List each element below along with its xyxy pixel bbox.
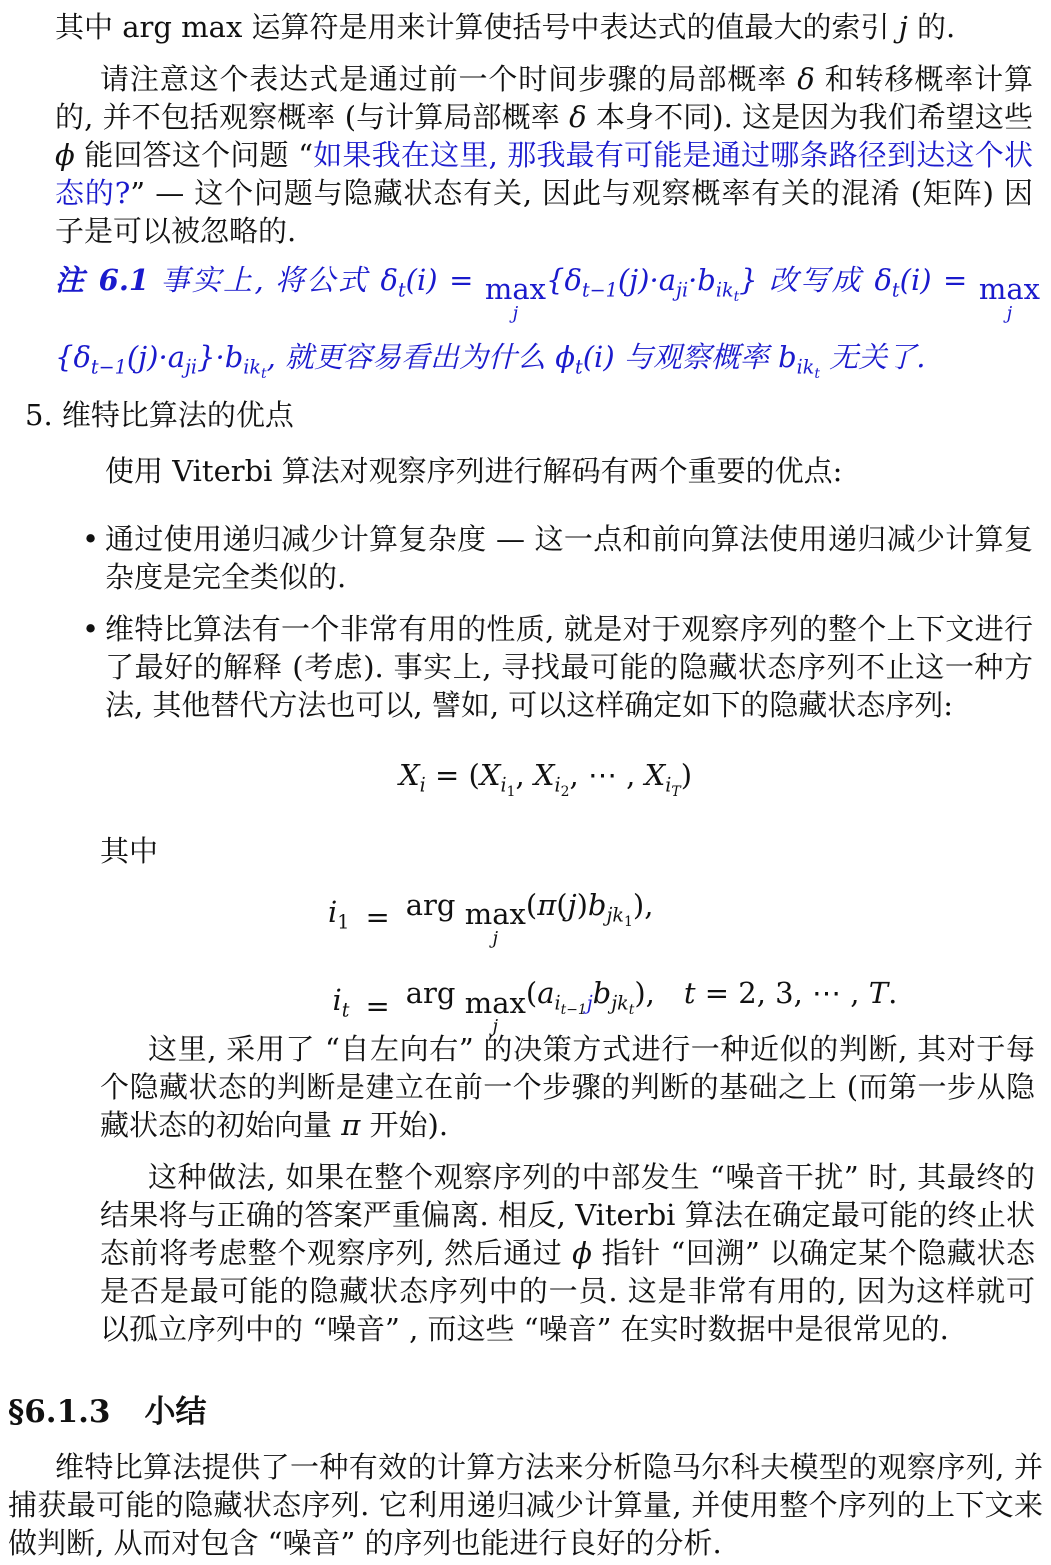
- text-run: t: [398, 279, 406, 302]
- bullet-item-context: • 维特比算法有一个非常有用的性质, 就是对于观察序列的整个上下文进行了最好的解…: [0, 610, 1051, 724]
- text-run: δ: [569, 100, 586, 134]
- text-run: 本身不同). 这是因为我们希望这些: [587, 100, 1033, 134]
- text-run: T: [671, 784, 680, 800]
- text-run: i: [328, 895, 337, 929]
- list-item-5-heading: 5. 维特比算法的优点: [25, 396, 1025, 434]
- text-run: } 改写成: [739, 263, 874, 297]
- eq1-lhs: i1: [328, 893, 349, 942]
- text-run: i: [417, 263, 426, 297]
- eq1-equals: =: [365, 898, 389, 936]
- text-run: ji: [185, 356, 197, 379]
- text-run: }·: [197, 340, 225, 374]
- text-run: X: [645, 758, 666, 792]
- text-run: T: [869, 976, 888, 1010]
- section-title: 小结: [145, 1394, 207, 1430]
- text-run: b: [593, 976, 612, 1010]
- text-run: π: [341, 1108, 360, 1142]
- paragraph-argmax: 其中 arg max 运算符是用来计算使括号中表达式的值最大的索引 j 的.: [55, 8, 1017, 46]
- eq2-equals: =: [365, 987, 389, 1025]
- text-run: a: [659, 263, 676, 297]
- text-run: b: [778, 340, 797, 374]
- text-run: jk: [611, 992, 629, 1015]
- text-run: ik: [797, 356, 815, 379]
- text-run: = 2, 3, ⋯ ,: [696, 976, 869, 1010]
- label-qizhong: 其中: [100, 832, 158, 870]
- text-run: X: [534, 758, 555, 792]
- text-run: (: [406, 263, 417, 297]
- text-run: δ: [73, 340, 90, 374]
- text-run: 通过使用递归减少计算复杂度 — 这一点和前向算法使用递归减少计算复杂度是完全类似…: [105, 522, 1033, 594]
- text-run: j: [899, 10, 908, 44]
- text-run: {: [546, 263, 564, 297]
- text-run: δ: [797, 62, 814, 96]
- eq1-rhs: arg maxj(π(j)bjk1),: [406, 886, 654, 948]
- section-number: §6.1.3: [8, 1394, 111, 1430]
- text-run: b: [697, 263, 716, 297]
- text-run: , ⋯ ,: [570, 758, 645, 792]
- text-run: ϕ: [572, 1236, 592, 1270]
- bullet-item-recursion: • 通过使用递归减少计算复杂度 — 这一点和前向算法使用递归减少计算复杂度是完全…: [0, 520, 1051, 596]
- viterbi-advantages-intro: 使用 Viterbi 算法对观察序列进行解码有两个重要的优点:: [105, 452, 1035, 490]
- bullet-icon: •: [82, 520, 99, 558]
- text-run: t−1: [561, 1002, 587, 1018]
- text-run: ,: [515, 758, 533, 792]
- text-run: 这里, 采用了 “自左向右” 的决策方式进行一种近似的判断, 其对于每个隐藏状态…: [100, 1032, 1035, 1142]
- text-run: (: [900, 263, 911, 297]
- text-run: t: [684, 976, 696, 1010]
- equation-block: i1 = arg maxj(π(j)bjk1), it = arg maxj(a…: [328, 886, 897, 1037]
- text-run: ) =: [426, 263, 485, 297]
- text-run: jk: [606, 904, 624, 927]
- text-run: ),: [634, 976, 655, 1010]
- text-run: ik: [243, 356, 261, 379]
- text-run: b: [225, 340, 244, 374]
- text-run: [655, 976, 684, 1010]
- text-run: 1: [337, 911, 349, 934]
- text-run: (: [556, 888, 567, 922]
- text-run: )·: [147, 340, 168, 374]
- text-run: 1: [624, 914, 633, 930]
- text-run: j: [138, 340, 147, 374]
- underset-math: maxj: [485, 275, 546, 323]
- note-6-1: 注 6.1 事实上, 将公式 δt(i) = maxj{δt−1(j)·aji·…: [55, 250, 1040, 404]
- text-run: 能回答这个问题 “: [75, 138, 313, 172]
- bullet-text: 维特比算法有一个非常有用的性质, 就是对于观察序列的整个上下文进行了最好的解释 …: [105, 610, 1033, 724]
- text-run: (: [526, 888, 537, 922]
- text-run: X: [480, 758, 501, 792]
- text-run: ): [603, 340, 614, 374]
- text-run: i: [594, 340, 603, 374]
- text-run: , 就更容易看出为什么: [267, 340, 556, 374]
- text-run: 开始).: [360, 1108, 448, 1142]
- text-run: ik: [716, 279, 734, 302]
- text-run: ): [577, 888, 588, 922]
- eq2-rhs: arg maxj(ait−1jbjkt), t = 2, 3, ⋯ , T.: [406, 974, 898, 1036]
- text-run: δ: [564, 263, 581, 297]
- text-run: (: [618, 263, 629, 297]
- text-run: t: [575, 356, 583, 379]
- bullet-text: 通过使用递归减少计算复杂度 — 这一点和前向算法使用递归减少计算复杂度是完全类似…: [105, 520, 1033, 596]
- text-run: b: [588, 888, 607, 922]
- text-run: i: [911, 263, 920, 297]
- text-run: j: [629, 263, 638, 297]
- text-run: j: [568, 888, 577, 922]
- underset-math: maxj: [465, 900, 526, 948]
- text-run: 其中 arg max 运算符是用来计算使括号中表达式的值最大的索引: [55, 10, 899, 44]
- section-heading-6-1-3: §6.1.3小结: [8, 1392, 1008, 1432]
- text-run: 维特比算法提供了一种有效的计算方法来分析隐马尔科夫模型的观察序列, 并捕获最可能…: [8, 1450, 1043, 1560]
- text-run: ·: [688, 263, 697, 297]
- text-run: 事实上, 将公式: [149, 263, 380, 297]
- text-run: t: [342, 999, 350, 1022]
- text-run: ϕ: [55, 138, 75, 172]
- text-run: X: [399, 758, 420, 792]
- equation-grid: i1 = arg maxj(π(j)bjk1), it = arg maxj(a…: [328, 886, 897, 1037]
- formula-hidden-state-sequence: Xi = (Xi1, Xi2, ⋯ , XiT): [0, 752, 1051, 815]
- text-run: δ: [381, 263, 398, 297]
- text-run: t−1: [582, 279, 618, 302]
- eq2-lhs: it: [332, 981, 349, 1030]
- text-run: 的.: [908, 10, 955, 44]
- text-run: {: [55, 340, 73, 374]
- underset-math: maxj: [979, 275, 1040, 323]
- text-run: 请注意这个表达式是通过前一个时间步骤的局部概率: [100, 62, 797, 96]
- text-run: 注 6.1: [55, 263, 149, 297]
- paragraph-left-to-right: 这里, 采用了 “自左向右” 的决策方式进行一种近似的判断, 其对于每个隐藏状态…: [100, 1030, 1035, 1144]
- text-run: arg: [406, 976, 465, 1010]
- text-run: a: [168, 340, 185, 374]
- text-run: ): [681, 758, 692, 792]
- text-run: a: [537, 976, 554, 1010]
- text-run: (: [583, 340, 594, 374]
- text-run: i: [332, 983, 341, 1017]
- text-run: ” — 这个问题与隐藏状态有关, 因此与观察概率有关的混淆 (矩阵) 因子是可以…: [55, 176, 1033, 248]
- text-run: δ: [874, 263, 891, 297]
- bullet-icon: •: [82, 610, 99, 648]
- text-run: 无关了.: [820, 340, 925, 374]
- paragraph-noise: 这种做法, 如果在整个观察序列的中部发生 “噪音干扰” 时, 其最终的结果将与正…: [100, 1158, 1035, 1348]
- text-run: t: [892, 279, 900, 302]
- text-run: ϕ: [555, 340, 575, 374]
- text-run: )·: [638, 263, 659, 297]
- paragraph-phi-explanation: 请注意这个表达式是通过前一个时间步骤的局部概率 δ 和转移概率计算的, 并不包括…: [55, 60, 1033, 250]
- text-run: ) =: [920, 263, 979, 297]
- paragraph-summary: 维特比算法提供了一种有效的计算方法来分析隐马尔科夫模型的观察序列, 并捕获最可能…: [8, 1448, 1043, 1562]
- document-page: 其中 arg max 运算符是用来计算使括号中表达式的值最大的索引 j 的. 请…: [0, 0, 1051, 1565]
- text-run: t−1: [91, 356, 127, 379]
- text-run: 2: [561, 784, 570, 800]
- text-run: 与观察概率: [615, 340, 778, 374]
- text-run: arg: [406, 888, 465, 922]
- text-run: (: [127, 340, 138, 374]
- text-run: π: [537, 888, 556, 922]
- text-run: .: [888, 976, 897, 1010]
- text-run: ),: [633, 888, 654, 922]
- text-run: ji: [676, 279, 688, 302]
- text-run: (: [526, 976, 537, 1010]
- text-run: = (: [426, 758, 480, 792]
- text-run: 维特比算法有一个非常有用的性质, 就是对于观察序列的整个上下文进行了最好的解释 …: [105, 612, 1033, 722]
